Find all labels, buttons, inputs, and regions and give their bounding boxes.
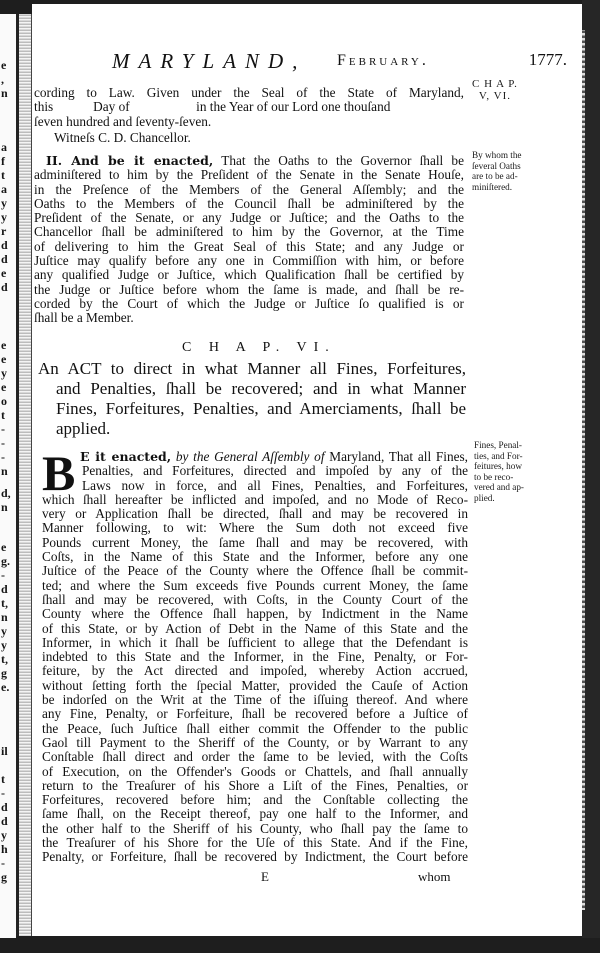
catchword: whom — [418, 869, 451, 885]
adjacent-page-glyph: t, — [1, 596, 8, 610]
adjacent-page-glyph: y — [1, 828, 7, 842]
adjacent-page-glyph: n — [1, 464, 8, 478]
adjacent-page-glyph: e — [1, 352, 6, 366]
adjacent-page-glyph: - — [1, 856, 5, 870]
adjacent-page-glyph: y — [1, 624, 7, 638]
adjacent-page-glyph: t — [1, 408, 5, 422]
adjacent-page-glyph: d, — [1, 486, 11, 500]
act-title-line: An ACT to direct in what Manner all Fine… — [38, 359, 466, 379]
chapter-heading: C H A P. VI. — [182, 340, 336, 356]
running-head-year: 1777. — [529, 50, 567, 70]
text-line: Informer, in which it ſhall be ſufficien… — [42, 636, 468, 650]
margin-note-line: are to be ad- — [472, 171, 522, 182]
text-line: very or Application ſhall be directed, ſ… — [42, 507, 468, 521]
margin-note-line: vered and ap- — [474, 482, 524, 493]
text-line: of this State, or by Action of Debt in t… — [42, 622, 468, 636]
page-edge — [582, 0, 600, 953]
running-head-month: February. — [337, 52, 429, 70]
act-title-line: Fines, Forfeitures, Penalties, and Amerc… — [38, 399, 466, 419]
running-head: MARYLAND, February. 1777. — [112, 49, 567, 73]
text-line: indebted to this State and the Informer,… — [42, 650, 468, 664]
text-line: ſeven hundred and ſeventy-ſeven. — [34, 115, 464, 129]
adjacent-page-glyph: y — [1, 638, 7, 652]
act-title-line: and Penalties, ſhall be recovered; and i… — [38, 379, 466, 399]
adjacent-page-glyph: e — [1, 58, 6, 72]
adjacent-page-glyph: - — [1, 436, 5, 450]
text-line: Laws now in force, and all Fines, Penalt… — [42, 479, 468, 493]
adjacent-page-glyph: y — [1, 210, 7, 224]
text-line: cording to Law. Given under the Seal of … — [34, 86, 464, 100]
text-line: Forfeitures, recovered before him; and t… — [42, 793, 468, 807]
enactment-text: E it enacted, by the General Aſſembly of… — [42, 450, 468, 865]
text-line: County where the Offence ſhall happen, b… — [42, 607, 468, 621]
text-line-content: this Day of in the Year of our Lord one … — [34, 99, 390, 114]
text-line: ſame ſhall, on the Receipt thereof, pay … — [42, 807, 468, 821]
text-line: ted; and where the Sum exceeds five Poun… — [42, 579, 468, 593]
text-line: the Treaſurer of his Shore for the Uſe o… — [42, 836, 468, 850]
margin-note-oaths: By whom the ſeveral Oaths are to be ad- … — [472, 150, 522, 192]
text-line: Penalty, or Forfeiture, ſhall be recover… — [42, 850, 468, 864]
enacting-clause: II. And be it enacted, — [46, 153, 213, 168]
witness-line: Witneſs C. D. Chancellor. — [54, 130, 191, 146]
scan-background — [0, 938, 600, 953]
section-ii: II. And be it enacted, That the Oaths to… — [34, 154, 464, 326]
text-line: Conſtable ſhall direct and order the ſam… — [42, 750, 468, 764]
text-line: Oaths to the Members of the Council ſhal… — [34, 197, 464, 211]
adjacent-page-glyph: o — [1, 394, 7, 408]
adjacent-page-glyph: r — [1, 224, 6, 238]
margin-note-line: miniſtered. — [472, 182, 522, 193]
adjacent-page-glyph: g — [1, 870, 7, 884]
adjacent-page-glyph: - — [1, 568, 5, 582]
act-title: An ACT to direct in what Manner all Fine… — [38, 359, 466, 439]
text-line: the Judge or Juſtice before whom the ſam… — [34, 283, 464, 297]
adjacent-page-fragment: e,naftayyrddedeeyeot---nd,neg.-dt,nyyt,g… — [0, 14, 16, 944]
adjacent-page-glyph: a — [1, 182, 7, 196]
text-line-content: Maryland, That all Fines, — [329, 449, 468, 464]
adjacent-page-glyph: t — [1, 168, 5, 182]
adjacent-page-glyph: g — [1, 666, 7, 680]
adjacent-page-glyph: h — [1, 842, 8, 856]
text-line: Pounds current Money, the ſame ſhall and… — [42, 536, 468, 550]
signature-mark: E — [261, 869, 269, 885]
margin-note-line: to be reco- — [474, 472, 524, 483]
margin-note-line: C H A P. — [472, 78, 518, 90]
text-line: II. And be it enacted, That the Oaths to… — [34, 154, 464, 168]
margin-note-line: plied. — [474, 493, 524, 504]
adjacent-page-glyph: d — [1, 814, 8, 828]
adjacent-page-glyph: il — [1, 744, 8, 758]
adjacent-page-glyph: - — [1, 422, 5, 436]
adjacent-page-glyph: t — [1, 772, 5, 786]
adjacent-page-glyph: , — [1, 72, 4, 86]
text-line: of delivering to him the Great Seal of t… — [34, 240, 464, 254]
adjacent-page-glyph: d — [1, 252, 8, 266]
text-line: Penalties, and Forfeitures, directed and… — [42, 464, 468, 478]
text-line: return to the Treaſurer of his Shore a L… — [42, 779, 468, 793]
adjacent-page-glyph: n — [1, 610, 8, 624]
adjacent-page-glyph: g. — [1, 554, 10, 568]
margin-note-line: By whom the — [472, 150, 522, 161]
adjacent-page-glyph: f — [1, 154, 5, 168]
text-line: the Peace, ſuch Juſtice ſhall either com… — [42, 722, 468, 736]
adjacent-page-glyph: a — [1, 140, 7, 154]
adjacent-page-glyph: e — [1, 338, 6, 352]
text-line-content: That the Oaths to the Governor ſhall be — [221, 153, 464, 168]
text-line: feiture, by the Act directed and impoſed… — [42, 664, 468, 678]
enacting-clause: E it enacted, — [80, 449, 171, 464]
adjacent-page-glyph: n — [1, 500, 8, 514]
text-line: corded by the Court of which the Judge o… — [34, 297, 464, 311]
text-line: E it enacted, by the General Aſſembly of… — [42, 450, 468, 464]
adjacent-page-glyph: - — [1, 786, 5, 800]
adjacent-page-glyph: e — [1, 266, 6, 280]
adjacent-page-glyph: e — [1, 540, 6, 554]
continuation-text: cording to Law. Given under the Seal of … — [34, 86, 464, 129]
margin-note-line: Fines, Penal- — [474, 440, 524, 451]
text-line: be indorſed on the Writ at the Time of t… — [42, 693, 468, 707]
text-line: ſhall and may be recovered, with Coſts, … — [42, 593, 468, 607]
text-line: Coſts, in the Name of this State and the… — [42, 550, 468, 564]
adjacent-page-glyph: - — [1, 450, 5, 464]
adjacent-page-glyph: d — [1, 582, 8, 596]
adjacent-page-glyph: e — [1, 380, 6, 394]
text-line: any Fine, Penalty, or Forfeiture, ſhall … — [42, 707, 468, 721]
margin-note-chapter-ref: C H A P. V, VI. — [472, 78, 518, 102]
adjacent-page-glyph: d — [1, 280, 8, 294]
running-head-title: MARYLAND, — [112, 49, 306, 74]
document-page: MARYLAND, February. 1777. cording to Law… — [32, 4, 582, 936]
margin-note-line: ties, and For- — [474, 451, 524, 462]
adjacent-page-glyph: d — [1, 238, 8, 252]
adjacent-page-glyph: t, — [1, 652, 8, 666]
text-line: Juſtice of the Peace of the County where… — [42, 564, 468, 578]
margin-note-line: V, VI. — [472, 90, 518, 102]
text-line: this Day of in the Year of our Lord one … — [34, 100, 464, 114]
margin-note-fines: Fines, Penal- ties, and For- feitures, h… — [474, 440, 524, 503]
text-line: adminiſtered to him by the Preſident of … — [34, 168, 464, 182]
margin-note-line: ſeveral Oaths — [472, 161, 522, 172]
text-line: Chancellor ſhall be adminiſtered to him … — [34, 225, 464, 239]
text-line: of Execution, on the Offender's Goods or… — [42, 765, 468, 779]
adjacent-page-glyph: d — [1, 800, 8, 814]
text-line: the other half to the Sheriff of his Cou… — [42, 822, 468, 836]
text-line: Manner following, to wit: Where the Sum … — [42, 521, 468, 535]
text-line: Preſident of the Senate, or any Judge or… — [34, 211, 464, 225]
act-title-line: applied. — [38, 419, 466, 439]
text-line: in the Preſence of the Members of the Ge… — [34, 183, 464, 197]
margin-note-line: feitures, how — [474, 461, 524, 472]
page-gutter — [16, 14, 32, 936]
italic-phrase: by the General Aſſembly of — [176, 449, 325, 464]
text-line: any qualified Judge or Juſtice, which Qu… — [34, 268, 464, 282]
text-line: ſhall be a Member. — [34, 311, 464, 325]
adjacent-page-glyph: y — [1, 366, 7, 380]
adjacent-page-glyph: e. — [1, 680, 9, 694]
adjacent-page-glyph: n — [1, 86, 8, 100]
text-line: Juſtice may qualify before any one in Co… — [34, 254, 464, 268]
text-line: without ſetting forth the ſpecial Matter… — [42, 679, 468, 693]
adjacent-page-glyph: y — [1, 196, 7, 210]
text-line: Gaol till Payment to the Sheriff of the … — [42, 736, 468, 750]
text-line: which ſhall hereafter be inflicted and i… — [42, 493, 468, 507]
